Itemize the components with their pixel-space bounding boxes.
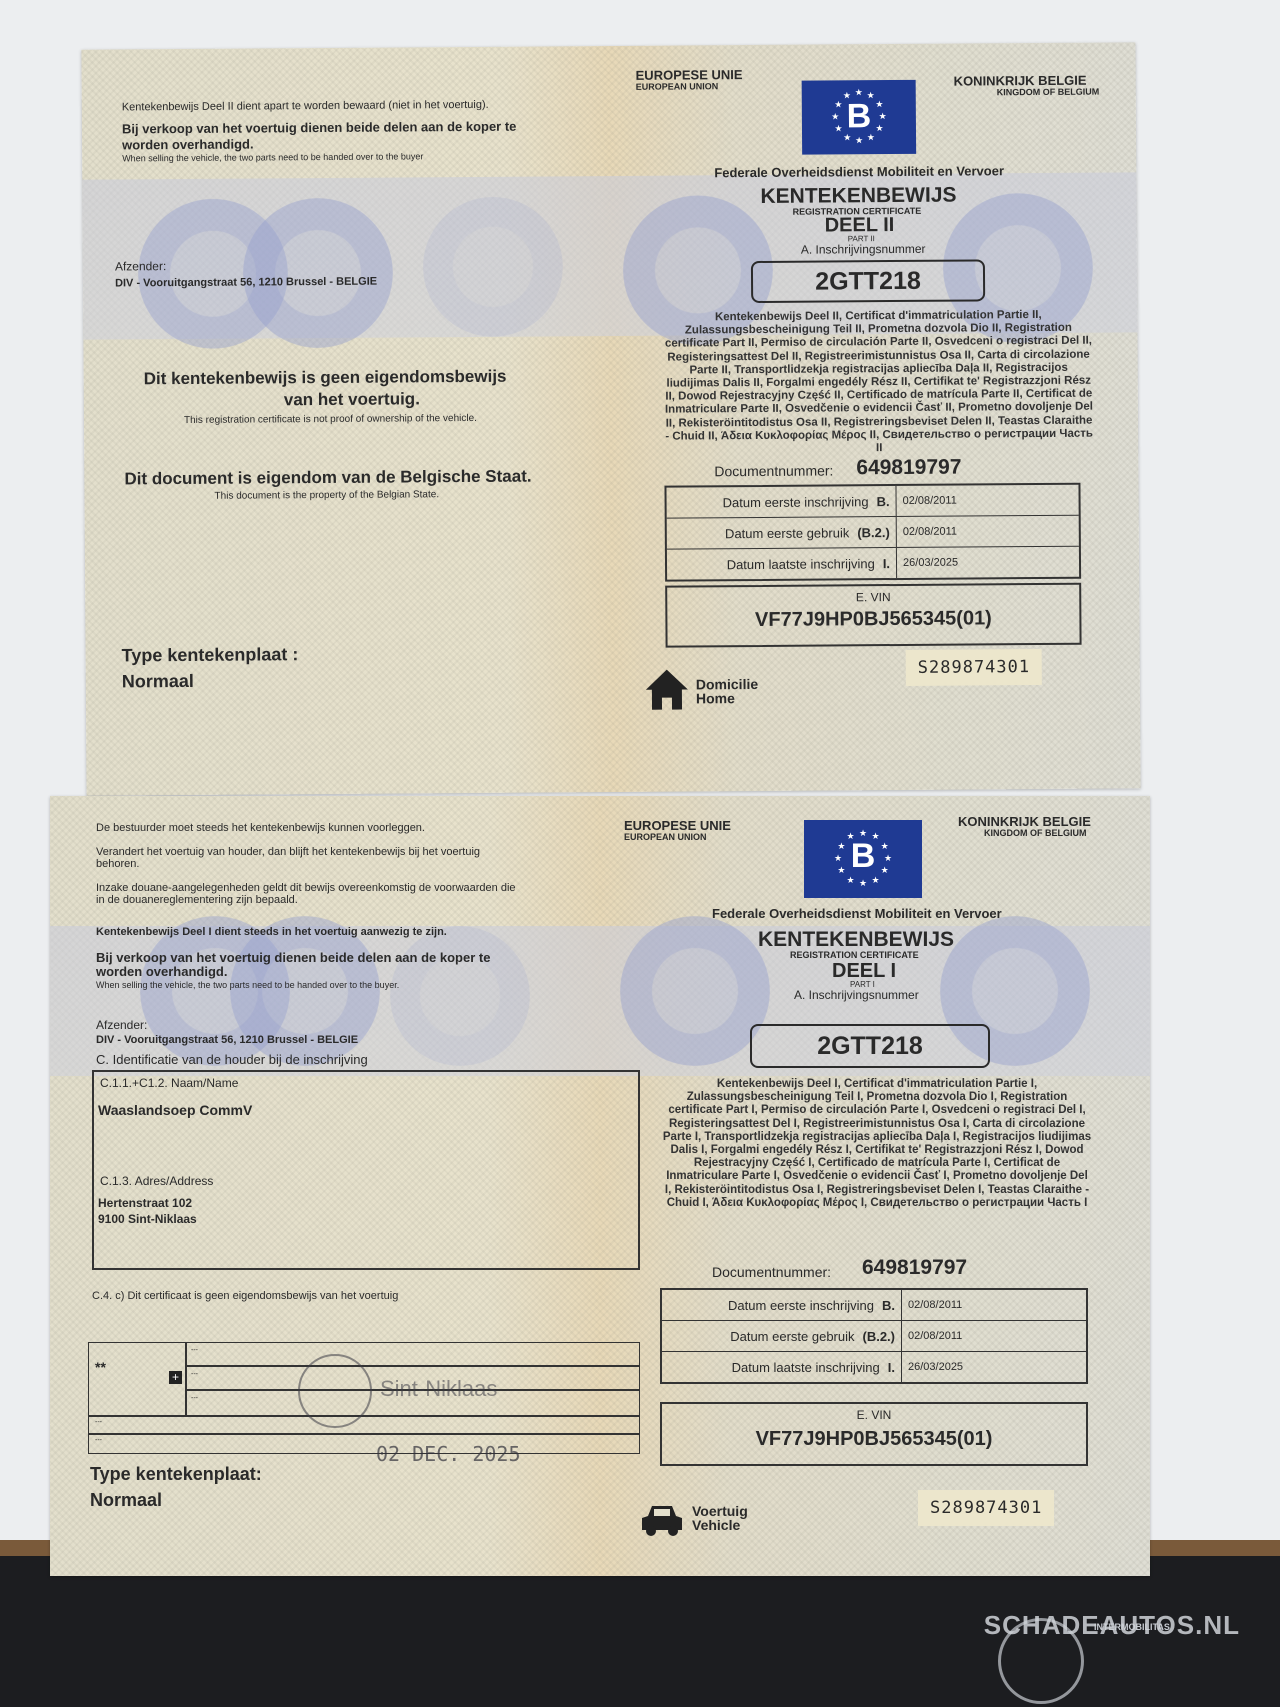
not-ownership-en: This registration certificate is not pro… — [184, 413, 477, 426]
vin-number: VF77J9HP0BJ565345(01) — [667, 607, 1079, 633]
eu-belgium-flag: B ★★★★★★★★★★★★ — [804, 820, 922, 898]
vin-number: VF77J9HP0BJ565345(01) — [662, 1428, 1086, 1451]
address-line-1: Hertenstraat 102 — [98, 1196, 192, 1210]
holder-box: C.1.1.+C1.2. Naam/Name Waaslandsoep Comm… — [92, 1070, 640, 1270]
vehicle-label-en: Vehicle — [692, 1518, 740, 1532]
star-icon: ★ — [871, 831, 879, 842]
not-ownership-notice-2: van het voertuig. — [284, 389, 420, 410]
plate-type-label: Type kentekenplaat: — [90, 1464, 262, 1485]
sender-address: DIV - Vooruitgangstraat 56, 1210 Brussel… — [96, 1034, 358, 1046]
star-icon: ★ — [843, 132, 851, 143]
notice-sale: Bij verkoop van het voertuig dienen beid… — [96, 950, 490, 965]
home-icon — [644, 667, 690, 711]
star-icon: ★ — [834, 853, 842, 864]
vin-box: E. VIN VF77J9HP0BJ565345(01) — [665, 583, 1081, 648]
name-label: C.1.1.+C1.2. Naam/Name — [100, 1076, 238, 1090]
notice-sale-2: worden overhandigd. — [122, 136, 254, 152]
star-icon: ★ — [879, 111, 887, 122]
multilingual-title-list: Kentekenbewijs Deel I, Certificat d'imma… — [662, 1078, 1092, 1210]
car-icon — [640, 1502, 684, 1538]
kingdom-label-en: KINGDOM OF BELGIUM — [984, 828, 1087, 838]
dash-field: --- — [191, 1395, 198, 1402]
wheel-watermark — [620, 916, 770, 1066]
star-icon: ★ — [871, 875, 879, 886]
multilingual-title-list: Kentekenbewijs Deel II, Certificat d'imm… — [663, 309, 1094, 457]
property-notice-en: This document is the property of the Bel… — [214, 489, 439, 502]
dates-table: Datum eerste inschrijvingB.02/08/2011 Da… — [664, 483, 1081, 582]
country-letter: B — [802, 97, 916, 137]
kingdom-label: KONINKRIJK BELGIE — [958, 814, 1091, 829]
stamp-date: 02 DEC. 2025 — [376, 1442, 521, 1466]
wheel-watermark — [422, 196, 563, 337]
star-icon: ★ — [859, 878, 867, 889]
star-icon: ★ — [867, 91, 875, 102]
document-number: 649819797 — [862, 1256, 967, 1280]
star-icon: ★ — [884, 853, 892, 864]
star-icon: ★ — [875, 123, 883, 134]
date-value: 02/08/2011 — [902, 1330, 962, 1342]
dash-field: --- — [95, 1437, 102, 1444]
sender-label: Afzender: — [96, 1018, 147, 1032]
vehicle-label: Voertuig — [692, 1504, 748, 1518]
registration-label: A. Inschrijvingsnummer — [794, 988, 919, 1002]
date-row: Datum eerste inschrijvingB.02/08/2011 — [666, 485, 1078, 519]
star-icon: ★ — [855, 135, 863, 146]
star-icon: ★ — [843, 91, 851, 102]
notice-holder: Verandert het voertuig van houder, dan b… — [96, 846, 480, 858]
notice-keep-separate: Kentekenbewijs Deel II dient apart te wo… — [122, 99, 489, 114]
document-number-label: Documentnummer: — [712, 1264, 831, 1280]
plate-type-value: Normaal — [122, 671, 194, 693]
notice-holder-2: behoren. — [96, 858, 139, 870]
date-value: 02/08/2011 — [902, 1299, 962, 1311]
sender-address: DIV - Vooruitgangstraat 56, 1210 Brussel… — [115, 276, 377, 290]
date-row: Datum laatste inschrijvingI.26/03/2025 — [667, 547, 1079, 580]
country-letter: B — [804, 837, 922, 876]
star-icon: ★ — [837, 841, 845, 852]
registration-number: 2GTT218 — [751, 259, 985, 303]
c4-note: C.4. c) Dit certificaat is geen eigendom… — [92, 1290, 398, 1302]
not-ownership-notice: Dit kentekenbewijs is geen eigendomsbewi… — [144, 367, 507, 390]
star-icon: ★ — [847, 831, 855, 842]
star-icon: ★ — [855, 88, 863, 99]
star-icon: ★ — [837, 865, 845, 876]
notice-customs: Inzake douane-aangelegenheden geldt dit … — [96, 882, 516, 894]
eu-label: EUROPESE UNIE — [624, 818, 731, 833]
stamp-city: Sint-Niklaas — [380, 1376, 497, 1402]
plate-type-label: Type kentekenplaat : — [122, 644, 299, 666]
watermark-text: SCHADEAUTOS.NL — [984, 1610, 1240, 1641]
dash-field: --- — [191, 1371, 198, 1378]
star-icon: ★ — [834, 123, 842, 134]
serial-number: S289874301 — [918, 1490, 1054, 1526]
star-icon: ★ — [859, 828, 867, 839]
vin-label: E. VIN — [667, 589, 1079, 606]
stars-mark: ** — [95, 1359, 106, 1375]
eu-label-en: EUROPEAN UNION — [624, 832, 707, 842]
star-icon: ★ — [875, 99, 883, 110]
serial-number: S289874301 — [906, 649, 1043, 686]
star-icon: ★ — [881, 841, 889, 852]
vin-label: E. VIN — [662, 1408, 1086, 1422]
registration-certificate-part-1: De bestuurder moet steeds het kentekenbe… — [50, 796, 1150, 1576]
notice-sale-en: When selling the vehicle, the two parts … — [122, 151, 423, 163]
dash-field: --- — [191, 1347, 198, 1354]
star-icon: ★ — [867, 132, 875, 143]
star-icon: ★ — [881, 865, 889, 876]
notice-sale: Bij verkoop van het voertuig dienen beid… — [122, 119, 517, 137]
municipal-stamp-seal — [298, 1354, 372, 1428]
document-title: KENTEKENBEWIJS — [758, 928, 954, 952]
sender-label: Afzender: — [115, 259, 166, 273]
holder-section-title: C. Identificatie van de houder bij de in… — [96, 1052, 368, 1067]
address-line-2: 9100 Sint-Niklaas — [98, 1212, 197, 1226]
date-row: Datum laatste inschrijvingI.26/03/2025 — [662, 1352, 1086, 1382]
dates-table: Datum eerste inschrijvingB.02/08/2011 Da… — [660, 1288, 1088, 1384]
star-icon: ★ — [847, 875, 855, 886]
plus-mark: + — [169, 1371, 182, 1384]
document-number: 649819797 — [856, 456, 961, 481]
notice-sale-2: worden overhandigd. — [96, 964, 227, 979]
document-title-en: REGISTRATION CERTIFICATE — [790, 950, 919, 960]
eu-belgium-flag: B ★★★★★★★★★★★★ — [802, 80, 917, 155]
holder-name: Waaslandsoep CommV — [98, 1102, 252, 1118]
plate-type-value: Normaal — [90, 1490, 162, 1511]
registration-label: A. Inschrijvingsnummer — [801, 242, 926, 257]
wheel-watermark — [242, 198, 393, 349]
kingdom-label-en: KINGDOM OF BELGIUM — [997, 87, 1100, 98]
notice-customs-2: in de douanereglementering zijn bepaald. — [96, 894, 298, 906]
notice-keep-in-vehicle: Kentekenbewijs Deel I dient steeds in he… — [96, 926, 447, 938]
date-value: 02/08/2011 — [897, 495, 957, 507]
date-row: Datum eerste gebruik(B.2.)02/08/2011 — [667, 516, 1079, 550]
notice-driver: De bestuurder moet steeds het kentekenbe… — [96, 822, 425, 834]
wheel-watermark — [390, 926, 530, 1066]
date-row: Datum eerste inschrijvingB.02/08/2011 — [662, 1290, 1086, 1321]
vin-box: E. VIN VF77J9HP0BJ565345(01) — [660, 1402, 1088, 1466]
registration-certificate-part-2: Kentekenbewijs Deel II dient apart te wo… — [81, 42, 1140, 795]
date-value: 26/03/2025 — [902, 1361, 963, 1373]
property-notice: Dit document is eigendom van de Belgisch… — [124, 467, 531, 490]
home-label-en: Home — [696, 691, 735, 705]
eu-label-en: EUROPEAN UNION — [636, 81, 719, 92]
authority: Federale Overheidsdienst Mobiliteit en V… — [712, 906, 1002, 921]
document-number-label: Documentnummer: — [714, 462, 833, 479]
address-label: C.1.3. Adres/Address — [100, 1174, 213, 1188]
authority: Federale Overheidsdienst Mobiliteit en V… — [714, 163, 1004, 180]
date-value: 02/08/2011 — [897, 526, 957, 538]
dash-field: --- — [95, 1419, 102, 1426]
date-value: 26/03/2025 — [897, 557, 958, 569]
star-icon: ★ — [831, 111, 839, 122]
document-title: KENTEKENBEWIJS — [760, 184, 956, 209]
date-row: Datum eerste gebruik(B.2.)02/08/2011 — [662, 1321, 1086, 1352]
registration-number: 2GTT218 — [750, 1024, 990, 1068]
star-icon: ★ — [834, 100, 842, 111]
notice-sale-en: When selling the vehicle, the two parts … — [96, 980, 399, 990]
